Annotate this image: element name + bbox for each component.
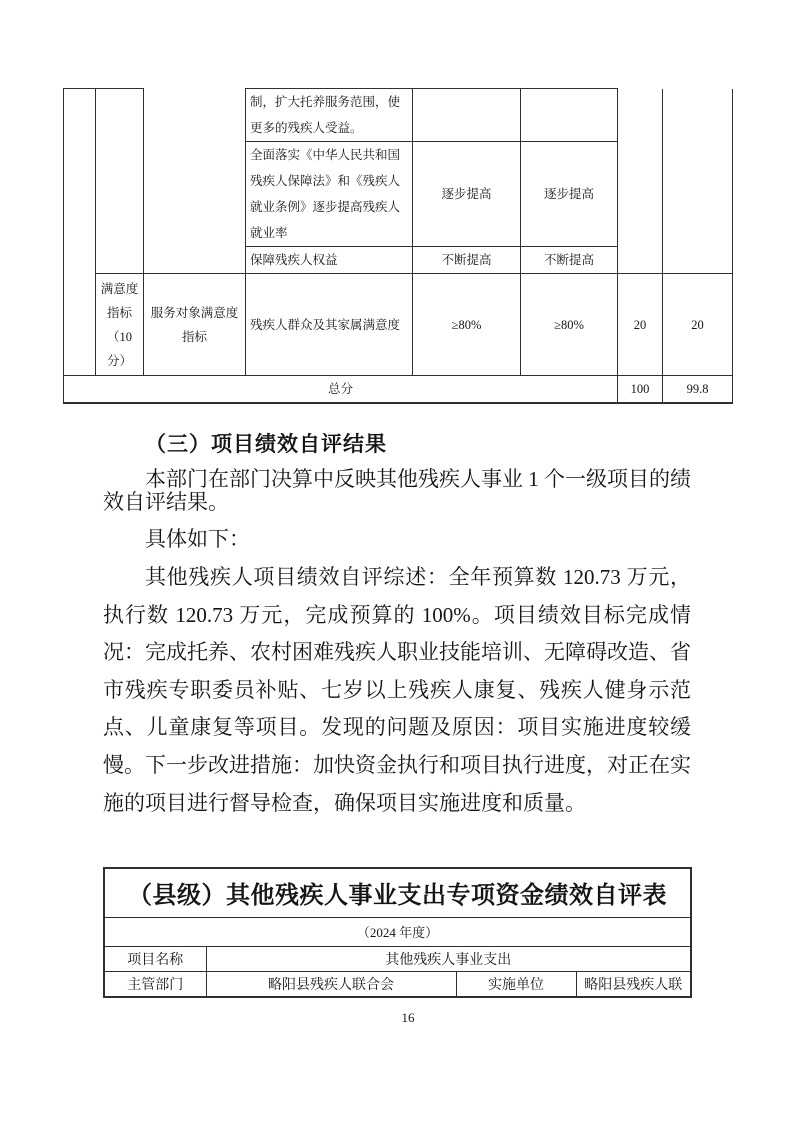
empty-category-cell: [64, 89, 96, 376]
self-eval-result-section: （三）项目绩效自评结果 本部门在部门决算中反映其他残疾人事业 1 个一级项目的绩…: [103, 430, 691, 822]
satisfaction-category-cell: 满意度指标（10分）: [96, 274, 144, 376]
section-paragraph-lead: 具体如下：: [103, 526, 691, 553]
actual-value-cell: [521, 89, 618, 142]
section-paragraph-detail: 其他残疾人项目绩效自评综述：全年预算数 120.73 万元，执行数 120.73…: [103, 559, 691, 822]
empty-score-cell: [663, 89, 733, 274]
empty-indicator-name-cell: [144, 89, 246, 274]
total-score-cell: 99.8: [663, 376, 733, 403]
empty-subcategory-cell: [96, 89, 144, 274]
empty-weight-cell: [618, 89, 663, 274]
performance-indicator-table: 制，扩大托养服务范围，使更多的残疾人受益。 全面落实《中华人民共和国残疾人保障法…: [63, 88, 733, 404]
section-paragraph-summary: 本部门在部门决算中反映其他残疾人事业 1 个一级项目的绩效自评结果。: [103, 468, 691, 514]
target-value-cell: [413, 89, 521, 142]
total-weight-cell: 100: [618, 376, 663, 403]
target-value-cell: 不断提高: [413, 247, 521, 274]
section-heading: （三）项目绩效自评结果: [103, 430, 691, 458]
impl-unit-value-cell: 略阳县残疾人联: [576, 971, 691, 997]
satisfaction-weight-cell: 20: [618, 274, 663, 376]
dept-label-cell: 主管部门: [104, 971, 206, 997]
satisfaction-indicator-cell: 残疾人群众及其家属满意度: [246, 274, 413, 376]
target-value-cell: 逐步提高: [413, 142, 521, 247]
actual-value-cell: 逐步提高: [521, 142, 618, 247]
satisfaction-score-cell: 20: [663, 274, 733, 376]
page-number: 16: [386, 1010, 430, 1026]
project-name-value-cell: 其他残疾人事业支出: [206, 946, 691, 971]
satisfaction-subcategory-cell: 服务对象满意度指标: [144, 274, 246, 376]
total-label-cell: 总分: [64, 376, 618, 403]
indicator-text-cell: 保障残疾人权益: [246, 247, 413, 274]
impl-unit-label-cell: 实施单位: [456, 971, 576, 997]
county-self-eval-table: （县级）其他残疾人事业支出专项资金绩效自评表 （2024 年度） 项目名称 其他…: [103, 867, 692, 998]
document-page: 制，扩大托养服务范围，使更多的残疾人受益。 全面落实《中华人民共和国残疾人保障法…: [0, 0, 793, 1122]
table-year: （2024 年度）: [104, 917, 691, 946]
indicator-text-cell: 全面落实《中华人民共和国残疾人保障法》和《残疾人就业条例》逐步提高残疾人就业率: [246, 142, 413, 247]
indicator-text-cell: 制，扩大托养服务范围，使更多的残疾人受益。: [246, 89, 413, 142]
table-title: （县级）其他残疾人事业支出专项资金绩效自评表: [104, 868, 691, 917]
actual-value-cell: 不断提高: [521, 247, 618, 274]
dept-value-cell: 略阳县残疾人联合会: [206, 971, 456, 997]
satisfaction-target-cell: ≥80%: [413, 274, 521, 376]
project-name-label-cell: 项目名称: [104, 946, 206, 971]
satisfaction-actual-cell: ≥80%: [521, 274, 618, 376]
